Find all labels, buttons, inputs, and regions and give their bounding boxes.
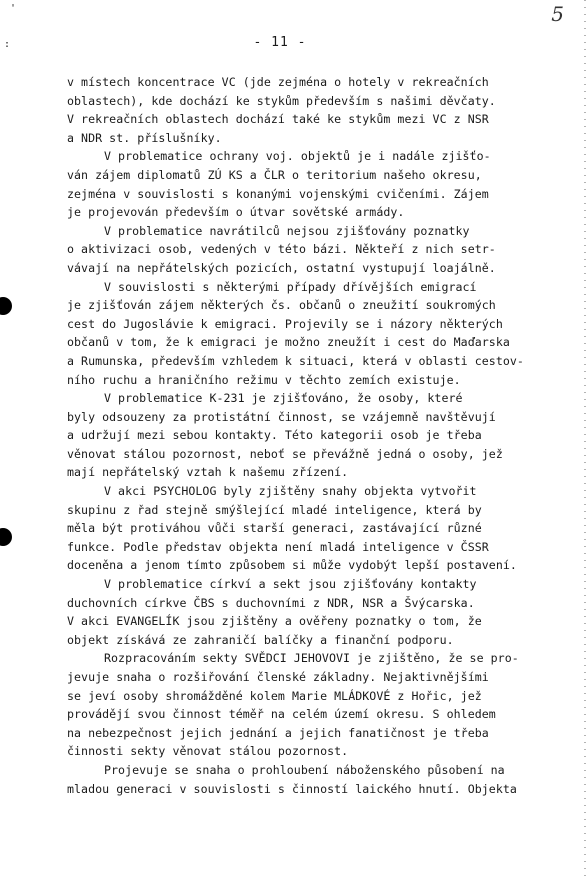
text-line: je projevován především o útvar sovětské… <box>67 203 567 222</box>
paragraph-first-line: V problematice K-231 je zjišťováno, že o… <box>67 389 567 408</box>
text-line: a NDR st. příslušníky. <box>67 129 567 148</box>
text-line: oblastech), kde dochází ke stykům předev… <box>67 92 567 111</box>
text-line: funkce. Podle představ objekta není mlad… <box>67 538 567 557</box>
text-line: cest do Jugoslávie k emigraci. Projevily… <box>67 315 567 334</box>
paragraph-first-line: Rozpracováním sekty SVĚDCI JEHOVOVI je z… <box>67 649 567 668</box>
paragraph-first-line: Projevuje se snaha o prohloubení nábožen… <box>67 761 567 780</box>
punch-hole-icon <box>0 297 12 315</box>
corner-mark-top: ' <box>10 4 16 14</box>
right-edge-dotted-border <box>584 0 586 879</box>
text-line: na nebezpečnost jejich jednání a jejich … <box>67 724 567 743</box>
text-line: se jeví osoby shromážděné kolem Marie ML… <box>67 687 567 706</box>
text-line: měla být protiváhou vůči starší generaci… <box>67 519 567 538</box>
text-line: je zjišťován zájem některých čs. občanů … <box>67 296 567 315</box>
paragraph-first-line: V problematice navrátilců nejsou zjišťov… <box>67 222 567 241</box>
text-line: o aktivizaci osob, vedených v této bázi.… <box>67 240 567 259</box>
paragraph-first-line: V problematice církví a sekt jsou zjišťo… <box>67 575 567 594</box>
paragraph-first-line: V problematice ochrany voj. objektů je i… <box>67 147 567 166</box>
text-line: činnosti sekty věnovat stálou pozornost. <box>67 742 567 761</box>
punch-hole-icon <box>0 528 12 546</box>
text-line: mladou generaci v souvislosti s činností… <box>67 780 567 799</box>
text-line: občanů v tom, že k emigraci je možno zne… <box>67 333 567 352</box>
text-line: mají nepřátelský vztah k našemu zřízení. <box>67 463 567 482</box>
text-line: a Rumunska, především vzhledem k situaci… <box>67 352 567 371</box>
paragraph-first-line: V souvislosti s některými případy dřívěj… <box>67 278 567 297</box>
text-line: věnovat stálou pozornost, neboť se převá… <box>67 445 567 464</box>
typewritten-body-text: v místech koncentrace VC (jde zejména o … <box>67 73 567 798</box>
text-line: ván zájem diplomatů ZÚ KS a ČLR o terito… <box>67 166 567 185</box>
page-number: - 11 - <box>0 35 560 50</box>
text-line: provádějí svou činnost téměř na celém úz… <box>67 705 567 724</box>
text-line: ního ruchu a hraničního režimu v těchto … <box>67 371 567 390</box>
text-line: a udržují mezi sebou kontakty. Této kate… <box>67 426 567 445</box>
text-line: V akci EVANGELÍK jsou zjištěny a ověřeny… <box>67 612 567 631</box>
text-line: v místech koncentrace VC (jde zejména o … <box>67 73 567 92</box>
text-line: skupinu z řad stejně smýšlející mladé in… <box>67 501 567 520</box>
text-line: byly odsouzeny za protistátní činnost, s… <box>67 408 567 427</box>
text-line: objekt získává ze zahraničí balíčky a fi… <box>67 631 567 650</box>
text-line: duchovních církve ČBS s duchovními z NDR… <box>67 594 567 613</box>
text-line: doceněna a jenom tímto způsobem si může … <box>67 556 567 575</box>
document-page: ' : 5 - 11 - v místech koncentrace VC (j… <box>0 0 588 879</box>
text-line: jevuje snaha o rozšiřování členské zákla… <box>67 668 567 687</box>
text-line: vávají na nepřátelských pozicích, ostatn… <box>67 259 567 278</box>
text-line: V rekreačních oblastech dochází také ke … <box>67 110 567 129</box>
paragraph-first-line: V akci PSYCHOLOG byly zjištěny snahy obj… <box>67 482 567 501</box>
handwritten-sheet-number: 5 <box>551 2 564 26</box>
text-line: zejména v souvislosti s konanými vojensk… <box>67 185 567 204</box>
